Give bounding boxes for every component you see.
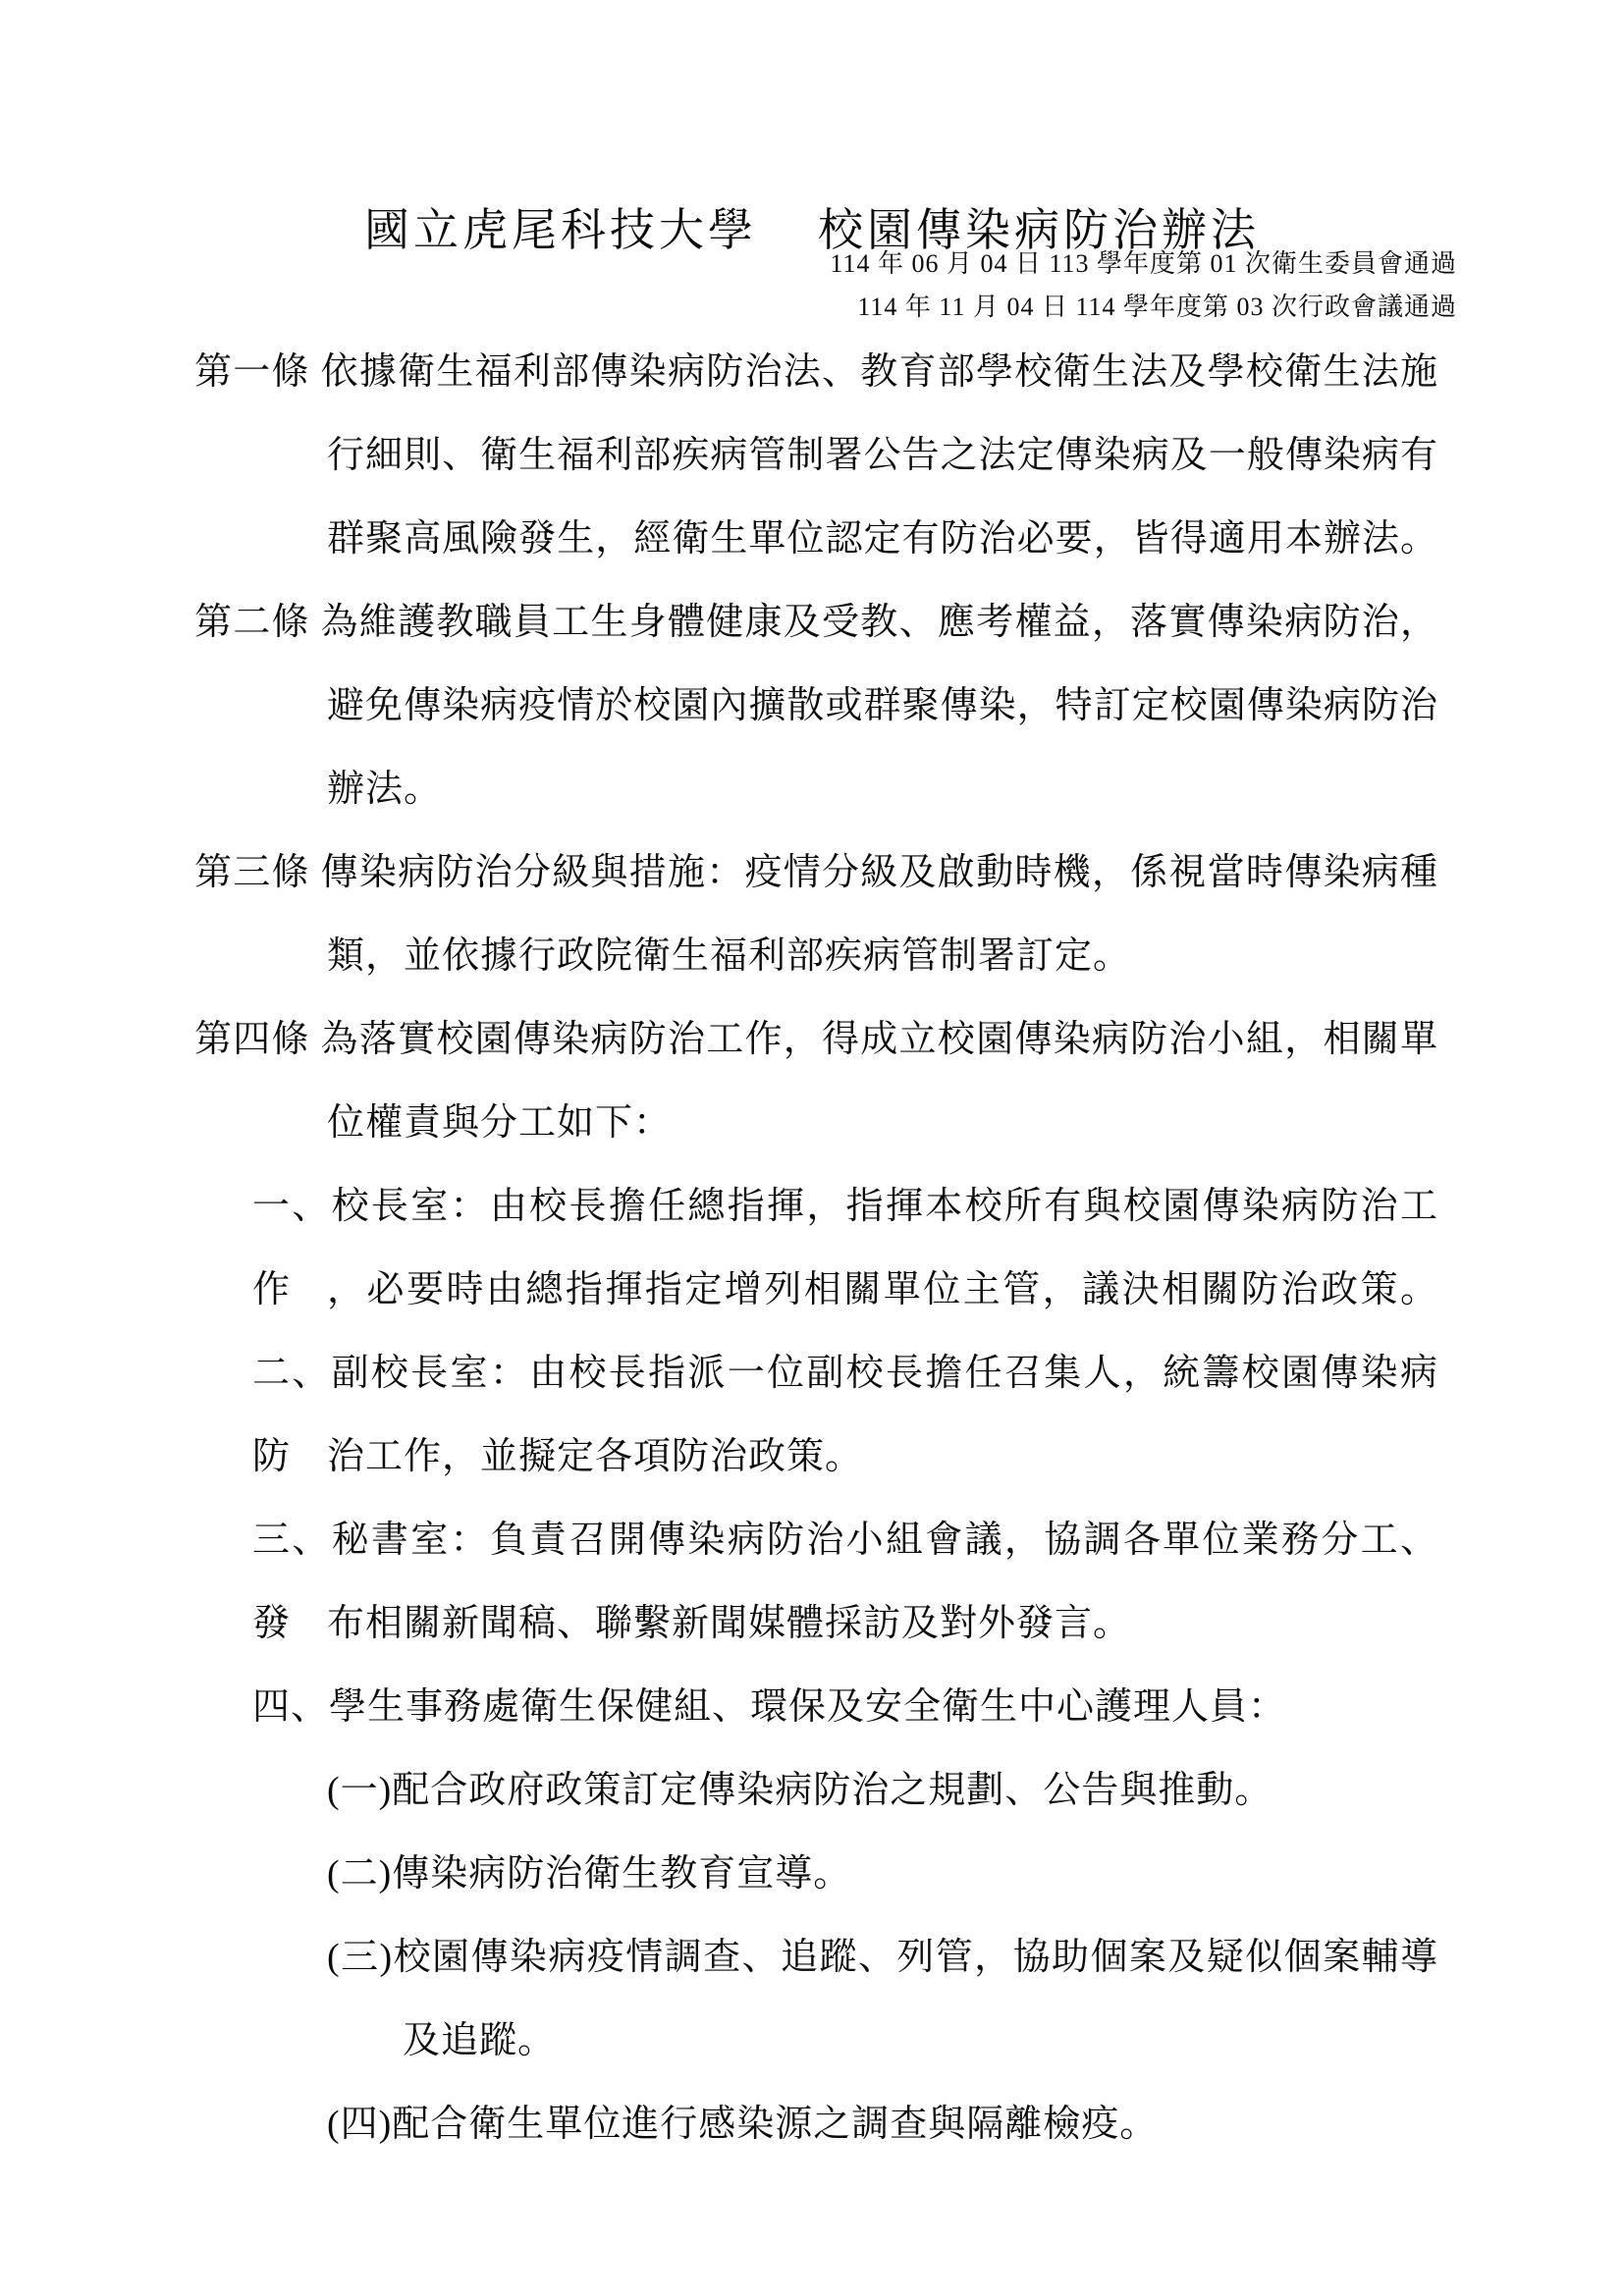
title-university-name: 國立虎尾科技大學 — [364, 200, 757, 261]
document-body: 第一條 依據衛生福利部傳染病防治法、教育部學校衛生法及學校衛生法施 行細則、衛生… — [0, 331, 1624, 2166]
article-3-line-1: 第三條 傳染病防治分級與措施：疫情分級及啟動時機，係視當時傳染病種 — [194, 831, 1438, 915]
article-1-line-3: 群聚高風險發生，經衛生單位認定有防治必要，皆得適用本辦法。 — [327, 498, 1438, 581]
subitem-2-line-1: (二)傳染病防治衛生教育宣導。 — [327, 1833, 1438, 1916]
article-1-line-2: 行細則、衛生福利部疾病管制署公告之法定傳染病及一般傳染病有 — [327, 414, 1438, 498]
approval-line-2: 114 年 11 月 04 日 114 學年度第 03 次行政會議通過 — [830, 286, 1457, 329]
item-1-line-1: 一、校長室：由校長擔任總指揮，指揮本校所有與校園傳染病防治工作 — [252, 1165, 1438, 1249]
subitem-4-line-1: (四)配合衛生單位進行感染源之調查與隔離檢疫。 — [327, 2083, 1438, 2166]
article-2-line-1: 第二條 為維護教職員工生身體健康及受教、應考權益，落實傳染病防治， — [194, 581, 1438, 665]
approval-dates: 114 年 06 月 04 日 113 學年度第 01 次衛生委員會通過 114… — [830, 242, 1457, 329]
item-1-line-2: ，必要時由總指揮指定增列相關單位主管，議決相關防治政策。 — [327, 1249, 1438, 1332]
subitem-3-line-1: (三)校園傳染病疫情調查、追蹤、列管，協助個案及疑似個案輔導 — [327, 1916, 1438, 2000]
item-3-line-2: 布相關新聞稿、聯繫新聞媒體採訪及對外發言。 — [327, 1582, 1438, 1666]
article-2-line-2: 避免傳染病疫情於校園內擴散或群聚傳染，特訂定校園傳染病防治 — [327, 665, 1438, 748]
item-2-line-2: 治工作，並擬定各項防治政策。 — [327, 1415, 1438, 1499]
article-2-line-3: 辦法。 — [327, 748, 1438, 831]
item-3-line-1: 三、秘書室：負責召開傳染病防治小組會議，協調各單位業務分工、發 — [252, 1499, 1438, 1582]
article-4-line-1: 第四條 為落實校園傳染病防治工作，得成立校園傳染病防治小組，相關單 — [194, 998, 1438, 1082]
document-page: 國立虎尾科技大學 校園傳染病防治辦法 114 年 06 月 04 日 113 學… — [0, 0, 1624, 2296]
article-3-line-2: 類，並依據行政院衛生福利部疾病管制署訂定。 — [327, 915, 1438, 998]
subitem-1-line-1: (一)配合政府政策訂定傳染病防治之規劃、公告與推動。 — [327, 1749, 1438, 1833]
article-1-line-1: 第一條 依據衛生福利部傳染病防治法、教育部學校衛生法及學校衛生法施 — [194, 331, 1438, 414]
item-4-line-1: 四、學生事務處衛生保健組、環保及安全衛生中心護理人員： — [252, 1666, 1438, 1749]
approval-line-1: 114 年 06 月 04 日 113 學年度第 01 次衛生委員會通過 — [830, 242, 1457, 286]
article-4-line-2: 位權責與分工如下： — [327, 1082, 1438, 1165]
item-2-line-1: 二、副校長室：由校長指派一位副校長擔任召集人，統籌校園傳染病防 — [252, 1332, 1438, 1415]
subitem-3-line-2: 及追蹤。 — [403, 2000, 1438, 2083]
